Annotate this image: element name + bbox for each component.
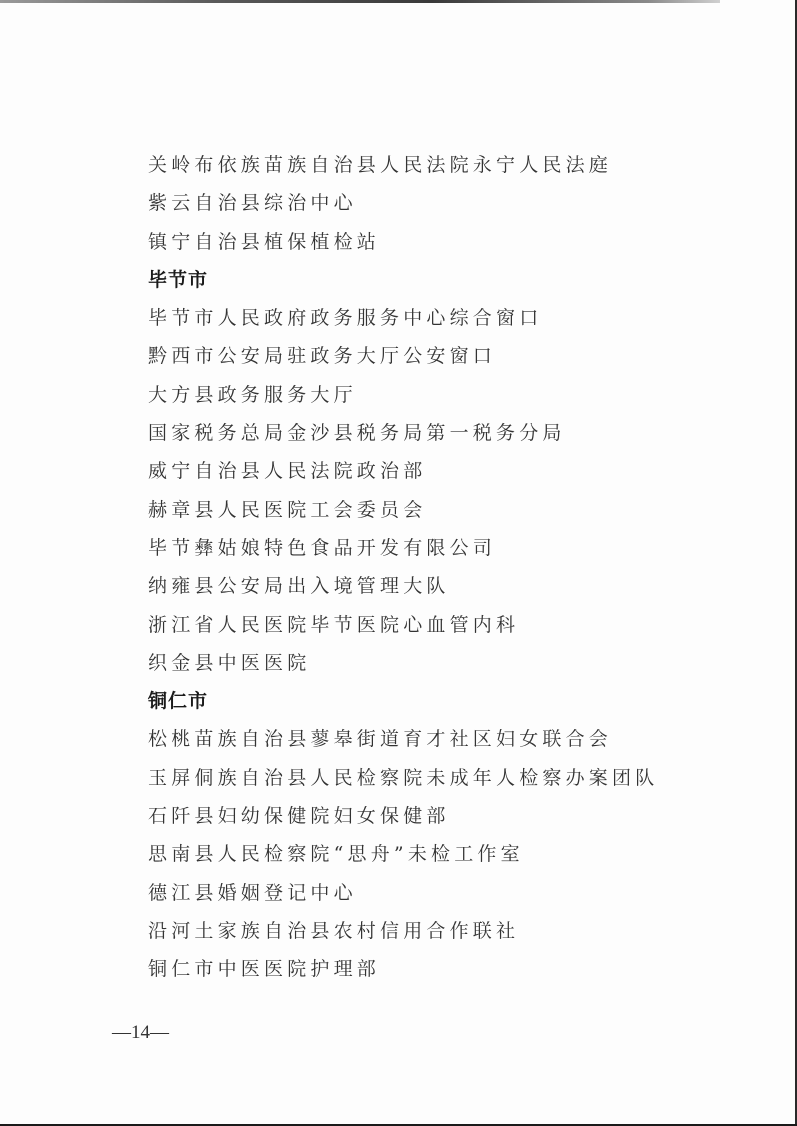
list-item: 毕节市人民政府政务服务中心综合窗口: [148, 299, 748, 337]
scan-edge-top: [0, 0, 720, 3]
list-item: 德江县婚姻登记中心: [148, 874, 748, 912]
list-item: 威宁自治县人民法院政治部: [148, 452, 748, 490]
list-item: 国家税务总局金沙县税务局第一税务分局: [148, 414, 748, 452]
organization-list: 关岭布依族苗族自治县人民法院永宁人民法庭 紫云自治县综治中心 镇宁自治县植保植检…: [148, 146, 748, 989]
list-item: 毕节彝姑娘特色食品开发有限公司: [148, 529, 748, 567]
list-item: 玉屏侗族自治县人民检察院未成年人检察办案团队: [148, 759, 748, 797]
section-heading-tongren: 铜仁市: [148, 682, 748, 720]
section-heading-bijie: 毕节市: [148, 261, 748, 299]
list-item: 松桃苗族自治县蓼皋街道育才社区妇女联合会: [148, 720, 748, 758]
list-item: 大方县政务服务大厅: [148, 376, 748, 414]
list-item: 赫章县人民医院工会委员会: [148, 491, 748, 529]
list-item: 思南县人民检察院“思舟”未检工作室: [148, 835, 748, 873]
list-item: 关岭布依族苗族自治县人民法院永宁人民法庭: [148, 146, 748, 184]
document-page: 关岭布依族苗族自治县人民法院永宁人民法庭 紫云自治县综治中心 镇宁自治县植保植检…: [0, 0, 797, 1126]
list-item: 镇宁自治县植保植检站: [148, 223, 748, 261]
list-item: 铜仁市中医医院护理部: [148, 950, 748, 988]
list-item: 黔西市公安局驻政务大厅公安窗口: [148, 337, 748, 375]
list-item: 纳雍县公安局出入境管理大队: [148, 567, 748, 605]
list-item: 织金县中医医院: [148, 644, 748, 682]
list-item: 沿河土家族自治县农村信用合作联社: [148, 912, 748, 950]
list-item: 浙江省人民医院毕节医院心血管内科: [148, 606, 748, 644]
list-item: 紫云自治县综治中心: [148, 184, 748, 222]
list-item: 石阡县妇幼保健院妇女保健部: [148, 797, 748, 835]
page-number: —14—: [112, 1022, 169, 1044]
